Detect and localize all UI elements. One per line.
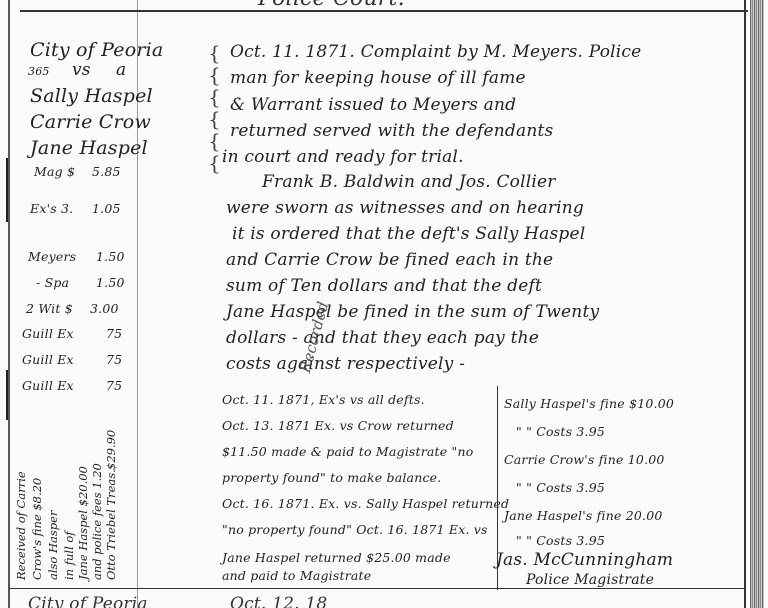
body-line: Frank B. Baldwin and Jos. Collier (262, 172, 556, 192)
cost-amount: 1.50 (96, 275, 125, 290)
body-line: and Carrie Crow be fined each in the (226, 250, 553, 270)
receipt-line: also Hasper (46, 511, 60, 580)
execution-note-line: Oct. 13. 1871 Ex. vs Crow returned (222, 418, 454, 433)
execution-note-line: Oct. 16. 1871. Ex. vs. Sally Haspel retu… (222, 496, 509, 511)
body-line: in court and ready for trial. (222, 147, 464, 167)
versus-label: vs (72, 60, 91, 80)
left-page-border (8, 0, 10, 608)
execution-note-line: property found" to make balance. (222, 470, 441, 485)
cost-amount: 1.05 (92, 201, 121, 216)
cost-label: Guill Ex (22, 326, 74, 341)
body-line: were sworn as witnesses and on hearing (226, 198, 584, 218)
body-line: dollars - and that they each pay the (226, 328, 539, 348)
receipt-line: in full of (62, 531, 76, 580)
case-number: 365 (28, 62, 50, 82)
fine-line: Jane Haspel's fine 20.00 (504, 508, 663, 523)
body-line: & Warrant issued to Meyers and (230, 95, 516, 115)
execution-note-line: Jane Haspel returned $25.00 made (222, 550, 451, 565)
caption-brace: {{{{{{ (208, 42, 221, 174)
cost-amount: 75 (106, 352, 122, 367)
book-binding-edge (750, 0, 764, 608)
execution-note-line: "no property found" Oct. 16. 1871 Ex. vs (222, 522, 488, 537)
cost-amount: 3.00 (90, 301, 119, 316)
execution-note-line: and paid to Magistrate (222, 568, 371, 583)
cost-amount: 75 (106, 378, 122, 393)
cost-label: 2 Wit $ (26, 301, 73, 316)
cost-label: Meyers (28, 249, 76, 264)
cost-amount: 75 (106, 326, 122, 341)
signature-title: Police Magistrate (526, 572, 654, 588)
receipt-line: Jane Haspel $20.00 (76, 466, 90, 580)
cost-label: Guill Ex (22, 378, 74, 393)
receipt-line: Otto Triebel Treas. (104, 469, 118, 580)
body-line: man for keeping house of ill fame (230, 68, 526, 88)
body-line: Jane Haspel be fined in the sum of Twent… (226, 302, 599, 322)
cost-label: Ex's 3. (30, 201, 73, 216)
docket-page: Police Court. City of Peoria 365 vs a Sa… (0, 0, 768, 608)
signature-name: Jas. McCunningham (496, 550, 673, 570)
entry-separator-line (10, 588, 746, 589)
receipt-line: Crow's fine $8.20 (30, 478, 44, 580)
execution-note-line: Oct. 11. 1871, Ex's vs all defts. (222, 392, 425, 407)
right-page-border (744, 0, 746, 608)
cost-amount: 1.50 (96, 249, 125, 264)
fine-line: Sally Haspel's fine $10.00 (504, 396, 674, 411)
defendant-name: Sally Haspel (30, 86, 153, 106)
execution-note-line: $11.50 made & paid to Magistrate "no (222, 444, 473, 459)
body-line: sum of Ten dollars and that the deft (226, 276, 542, 296)
receipt-line: and police fees 1.20 (90, 463, 104, 580)
next-entry-date: Oct. 12. 18 (230, 594, 327, 608)
page-header-title: Police Court. (258, 0, 405, 11)
costs-line: " " Costs 3.95 (516, 480, 605, 495)
cost-label: Mag $ (34, 164, 75, 179)
receipt-line: $29.90 (104, 430, 118, 470)
left-bracket-mark (6, 370, 8, 420)
costs-line: " " Costs 3.95 (516, 424, 605, 439)
defendant-name: Jane Haspel (30, 138, 148, 158)
cost-label: Guill Ex (22, 352, 74, 367)
body-line: Oct. 11. 1871. Complaint by M. Meyers. P… (230, 42, 641, 62)
left-bracket-mark (6, 158, 8, 222)
cost-amount: 5.85 (92, 164, 121, 179)
body-line: costs against respectively - (226, 354, 465, 374)
defendant-name: Carrie Crow (30, 112, 151, 132)
body-line: returned served with the defendants (230, 121, 553, 141)
fine-line: Carrie Crow's fine 10.00 (504, 452, 665, 467)
next-plaintiff-name: City of Peoria (28, 594, 148, 608)
body-line: it is ordered that the deft's Sally Hasp… (232, 224, 585, 244)
costs-line: " " Costs 3.95 (516, 533, 605, 548)
cost-label: - Spa (36, 275, 69, 290)
versus-suffix: a (116, 60, 126, 80)
plaintiff-name: City of Peoria (30, 40, 163, 60)
receipt-line: Received of Carrie (14, 471, 28, 580)
